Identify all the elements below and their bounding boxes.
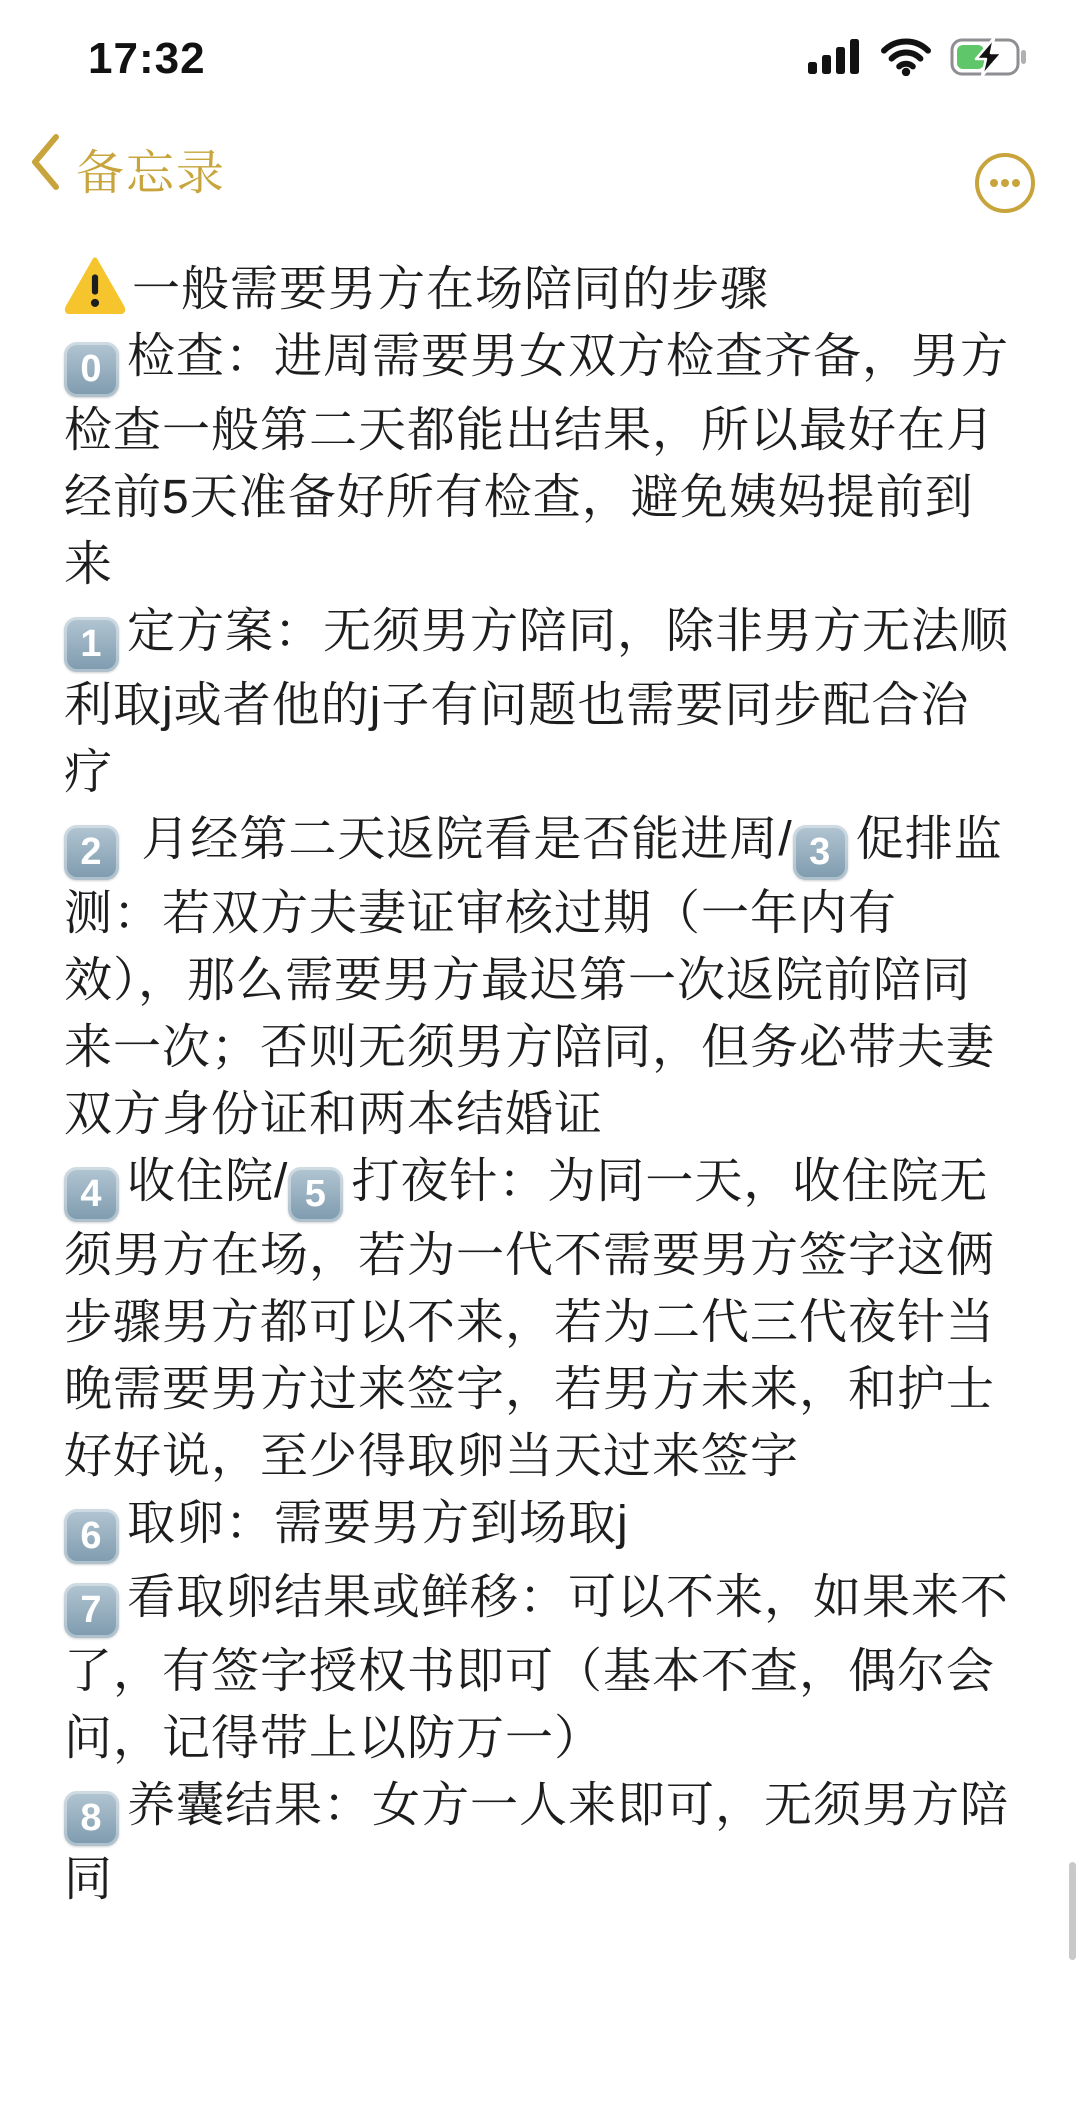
- note-line: 晚需要男方过来签字，若男方未来，和护士: [64, 1356, 1024, 1423]
- more-button[interactable]: [972, 150, 1038, 221]
- note-text: 养囊结果：女方一人来即可，无须男方陪: [127, 1779, 1009, 1832]
- back-button[interactable]: 备忘录: [26, 131, 226, 205]
- note-text: 好好说，至少得取卵当天过来签字: [64, 1430, 799, 1483]
- keycap-3-icon: 3: [793, 825, 848, 880]
- note-line: 利取j或者他的j子有问题也需要同步配合治: [64, 672, 1024, 739]
- note-text: 经前5天准备好所有检查，避免姨妈提前到: [64, 471, 974, 524]
- note-line: 效），那么需要男方最迟第一次返院前陪同: [64, 947, 1024, 1014]
- cellular-signal-icon: [808, 38, 862, 81]
- note-text: 一般需要男方在场陪同的步骤: [132, 263, 769, 316]
- note-text: 测：若双方夫妻证审核过期（一年内有: [64, 887, 897, 940]
- note-line: 测：若双方夫妻证审核过期（一年内有: [64, 880, 1024, 947]
- keycap-5-icon: 5: [288, 1167, 343, 1222]
- note-text: 问，记得带上以防万一）: [64, 1712, 603, 1765]
- note-text: 来: [64, 538, 113, 591]
- keycap-4-icon: 4: [64, 1167, 119, 1222]
- note-line: 8养囊结果：女方一人来即可，无须男方陪: [64, 1772, 1024, 1846]
- note-line: 问，记得带上以防万一）: [64, 1705, 1024, 1772]
- note-line: 须男方在场，若为一代不需要男方签字这俩: [64, 1222, 1024, 1289]
- note-line: 检查一般第二天都能出结果，所以最好在月: [64, 397, 1024, 464]
- note-text: 效），那么需要男方最迟第一次返院前陪同: [64, 954, 971, 1007]
- note-text: 疗: [64, 746, 113, 799]
- note-text: 同: [64, 1853, 113, 1906]
- note-line: 2 月经第二天返院看是否能进周/3促排监: [64, 806, 1024, 880]
- note-line: 步骤男方都可以不来，若为二代三代夜针当: [64, 1289, 1024, 1356]
- note-line: 来: [64, 531, 1024, 598]
- note-text: 检查：进周需要男女双方检查齐备，男方: [127, 330, 1009, 383]
- back-chevron-icon: [26, 131, 64, 205]
- note-text: 月经第二天返院看是否能进周/: [127, 813, 793, 866]
- keycap-2-icon: 2: [64, 825, 119, 880]
- note-line: 1定方案：无须男方陪同，除非男方无法顺: [64, 598, 1024, 672]
- status-bar: 17:32: [0, 0, 1080, 104]
- note-text: 利取j或者他的j子有问题也需要同步配合治: [64, 679, 969, 732]
- note-line: 来一次；否则无须男方陪同，但务必带夫妻: [64, 1014, 1024, 1081]
- note-line: 经前5天准备好所有检查，避免姨妈提前到: [64, 464, 1024, 531]
- note-text: 检查一般第二天都能出结果，所以最好在月: [64, 404, 995, 457]
- note-line: 同: [64, 1846, 1024, 1913]
- note-line: 了，有签字授权书即可（基本不查，偶尔会: [64, 1638, 1024, 1705]
- note-text: 晚需要男方过来签字，若男方未来，和护士: [64, 1363, 995, 1416]
- note-line: 疗: [64, 739, 1024, 806]
- note-text: 双方身份证和两本结婚证: [64, 1088, 603, 1141]
- note-line: 4收住院/5打夜针：为同一天，收住院无: [64, 1148, 1024, 1222]
- notes-app-screen: 17:32: [0, 0, 1080, 2113]
- note-body[interactable]: 一般需要男方在场陪同的步骤0检查：进周需要男女双方检查齐备，男方检查一般第二天都…: [64, 256, 1024, 1913]
- keycap-6-icon: 6: [64, 1509, 119, 1564]
- wifi-icon: [880, 38, 932, 81]
- nav-bar: 备忘录: [0, 108, 1080, 228]
- note-line: 双方身份证和两本结婚证: [64, 1081, 1024, 1148]
- note-text: 须男方在场，若为一代不需要男方签字这俩: [64, 1229, 995, 1282]
- note-line: 7看取卵结果或鲜移：可以不来，如果来不: [64, 1564, 1024, 1638]
- keycap-0-icon: 0: [64, 342, 119, 397]
- note-text: 看取卵结果或鲜移：可以不来，如果来不: [127, 1571, 1009, 1624]
- keycap-8-icon: 8: [64, 1791, 119, 1846]
- note-text: 促排监: [856, 813, 1003, 866]
- note-text: 打夜针：为同一天，收住院无: [351, 1155, 988, 1208]
- note-text: 取卵：需要男方到场取j: [127, 1497, 629, 1550]
- clock-label: 17:32: [88, 34, 206, 84]
- note-text: 来一次；否则无须男方陪同，但务必带夫妻: [64, 1021, 995, 1074]
- note-line: 6取卵：需要男方到场取j: [64, 1490, 1024, 1564]
- note-line: 好好说，至少得取卵当天过来签字: [64, 1423, 1024, 1490]
- keycap-7-icon: 7: [64, 1583, 119, 1638]
- note-text: 步骤男方都可以不来，若为二代三代夜针当: [64, 1296, 995, 1349]
- note-text: 定方案：无须男方陪同，除非男方无法顺: [127, 605, 1009, 658]
- status-icons: [808, 37, 1032, 82]
- note-text: 了，有签字授权书即可（基本不查，偶尔会: [64, 1645, 995, 1698]
- battery-charging-icon: [950, 37, 1032, 82]
- scrollbar[interactable]: [1069, 1862, 1076, 1960]
- note-line: 0检查：进周需要男女双方检查齐备，男方: [64, 323, 1024, 397]
- note-line: 一般需要男方在场陪同的步骤: [64, 256, 1024, 323]
- keycap-1-icon: 1: [64, 617, 119, 672]
- back-label: 备忘录: [76, 134, 226, 203]
- note-text: 收住院/: [127, 1155, 288, 1208]
- ellipsis-circle-icon: [972, 203, 1038, 220]
- warning-icon: [64, 256, 126, 314]
